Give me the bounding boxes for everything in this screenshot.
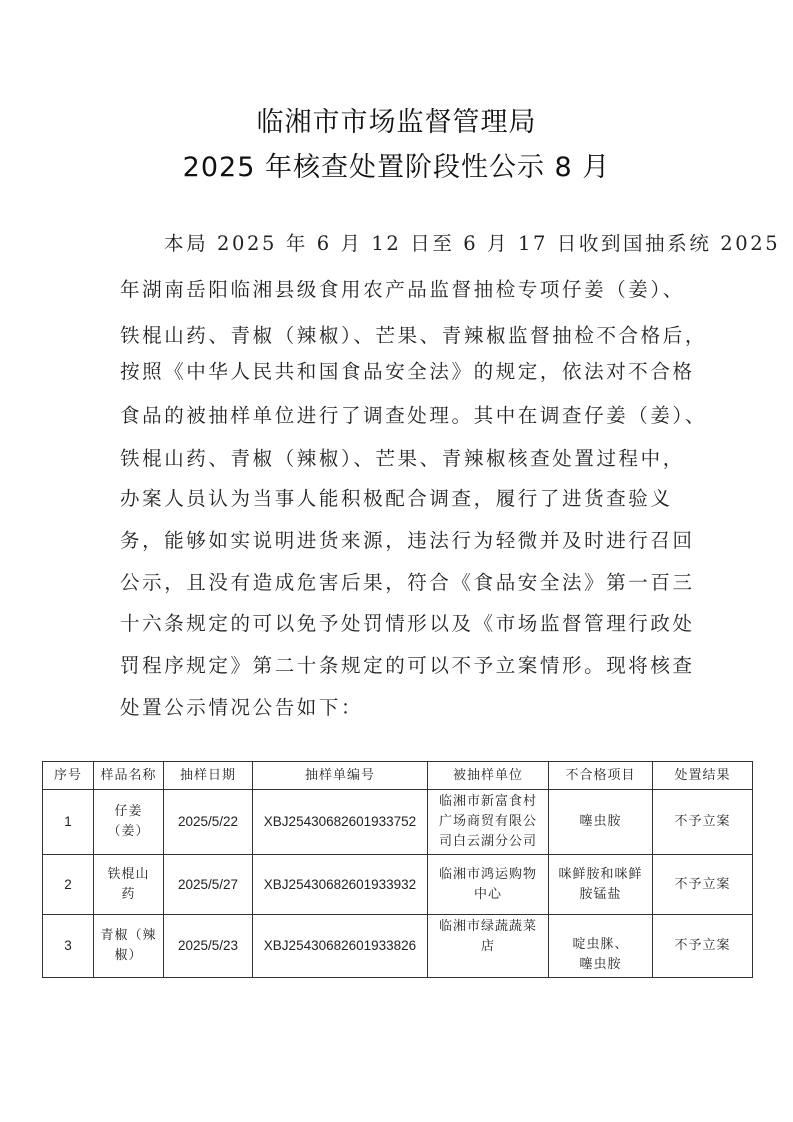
paragraph-line: 办案人员认为当事人能积极配合调查，履行了进货查验义 (120, 483, 673, 511)
cell-line: 临湘市鸿运购物 (432, 865, 544, 885)
cell-line: （姜） (98, 822, 159, 842)
header-sample-date: 抽样日期 (164, 762, 253, 790)
cell-line: 胺锰盐 (553, 885, 648, 905)
table-header-row: 序号 样品名称 抽样日期 抽样单编号 被抽样单位 不合格项目 处置结果 (43, 762, 753, 790)
cell-line: 椒） (98, 946, 159, 966)
paragraph-line: 年湖南岳阳临湘县级食用农产品监督抽检专项仔姜（姜）、 (120, 274, 685, 302)
cell-line: 中心 (432, 885, 544, 905)
page-title-line1: 临湘市市场监督管理局 (0, 100, 793, 139)
cell-line: 铁棍山 (98, 865, 159, 885)
cell-sampled-unit: 临湘市新富食村 广场商贸有限公 司白云湖分公司 (428, 790, 549, 855)
cell-no: 3 (43, 915, 94, 978)
cell-sample-date: 2025/5/23 (164, 915, 253, 978)
cell-result: 不予立案 (653, 855, 753, 915)
cell-line: 青椒（辣 (98, 926, 159, 946)
cell-no: 2 (43, 855, 94, 915)
disposal-table: 序号 样品名称 抽样日期 抽样单编号 被抽样单位 不合格项目 处置结果 1 仔姜… (42, 761, 753, 978)
cell-line: 啶虫脒、 (553, 935, 648, 955)
header-result: 处置结果 (653, 762, 753, 790)
cell-sample-date: 2025/5/27 (164, 855, 253, 915)
header-sample-id: 抽样单编号 (253, 762, 428, 790)
cell-sample-name: 铁棍山 药 (94, 855, 164, 915)
cell-sample-id: XBJ25430682601933826 (253, 915, 428, 978)
table-row: 3 青椒（辣 椒） 2025/5/23 XBJ25430682601933826… (43, 915, 753, 978)
header-failed-items: 不合格项目 (549, 762, 653, 790)
cell-sample-id: XBJ25430682601933752 (253, 790, 428, 855)
cell-result: 不予立案 (653, 790, 753, 855)
header-sampled-unit: 被抽样单位 (428, 762, 549, 790)
cell-line: 咪鲜胺和咪鲜 (553, 865, 648, 885)
paragraph-line: 务，能够如实说明进货来源，违法行为轻微并及时进行召回 (120, 525, 695, 553)
cell-line: 临湘市新富食村 (432, 792, 544, 812)
paragraph-line: 罚程序规定》第二十条规定的可以不予立案情形。现将核查 (120, 650, 695, 678)
cell-result: 不予立案 (653, 915, 753, 978)
cell-line: 药 (98, 885, 159, 905)
cell-sample-name: 青椒（辣 椒） (94, 915, 164, 978)
cell-line: 噻虫胺 (553, 812, 648, 832)
paragraph-line: 十六条规定的可以免予处罚情形以及《市场监督管理行政处 (120, 608, 695, 636)
paragraph-line: 铁棍山药、青椒（辣椒）、芒果、青辣椒核查处置过程中， (120, 443, 685, 471)
paragraph-line: 公示，且没有造成危害后果，符合《食品安全法》第一百三 (120, 567, 695, 595)
paragraph-line: 处置公示情况公告如下： (120, 692, 363, 720)
paragraph-line: 按照《中华人民共和国食品安全法》的规定，依法对不合格 (120, 356, 695, 384)
cell-line: 广场商贸有限公 (432, 812, 544, 832)
cell-failed-items: 啶虫脒、 噻虫胺 (549, 915, 653, 978)
paragraph-line: 铁棍山药、青椒（辣椒）、芒果、青辣椒监督抽检不合格后， (120, 320, 707, 348)
cell-sample-date: 2025/5/22 (164, 790, 253, 855)
cell-sample-name: 仔姜 （姜） (94, 790, 164, 855)
table-row: 1 仔姜 （姜） 2025/5/22 XBJ25430682601933752 … (43, 790, 753, 855)
page-title-line2: 2025 年核查处置阶段性公示 8 月 (0, 145, 793, 184)
table-row: 2 铁棍山 药 2025/5/27 XBJ25430682601933932 临… (43, 855, 753, 915)
paragraph-line: 本局 2025 年 6 月 12 日至 6 月 17 日收到国抽系统 2025 (164, 228, 780, 256)
cell-line: 司白云湖分公司 (432, 832, 544, 852)
cell-sample-id: XBJ25430682601933932 (253, 855, 428, 915)
cell-line: 临湘市绿蔬蔬菜 (432, 917, 544, 937)
paragraph-line: 食品的被抽样单位进行了调查处理。其中在调查仔姜（姜）、 (120, 400, 707, 428)
cell-failed-items: 噻虫胺 (549, 790, 653, 855)
cell-no: 1 (43, 790, 94, 855)
cell-sampled-unit: 临湘市绿蔬蔬菜 店 (428, 915, 549, 978)
cell-line: 噻虫胺 (553, 955, 648, 975)
header-sample-name: 样品名称 (94, 762, 164, 790)
header-no: 序号 (43, 762, 94, 790)
cell-line: 仔姜 (98, 802, 159, 822)
cell-sampled-unit: 临湘市鸿运购物 中心 (428, 855, 549, 915)
cell-line: 店 (432, 937, 544, 957)
cell-failed-items: 咪鲜胺和咪鲜 胺锰盐 (549, 855, 653, 915)
